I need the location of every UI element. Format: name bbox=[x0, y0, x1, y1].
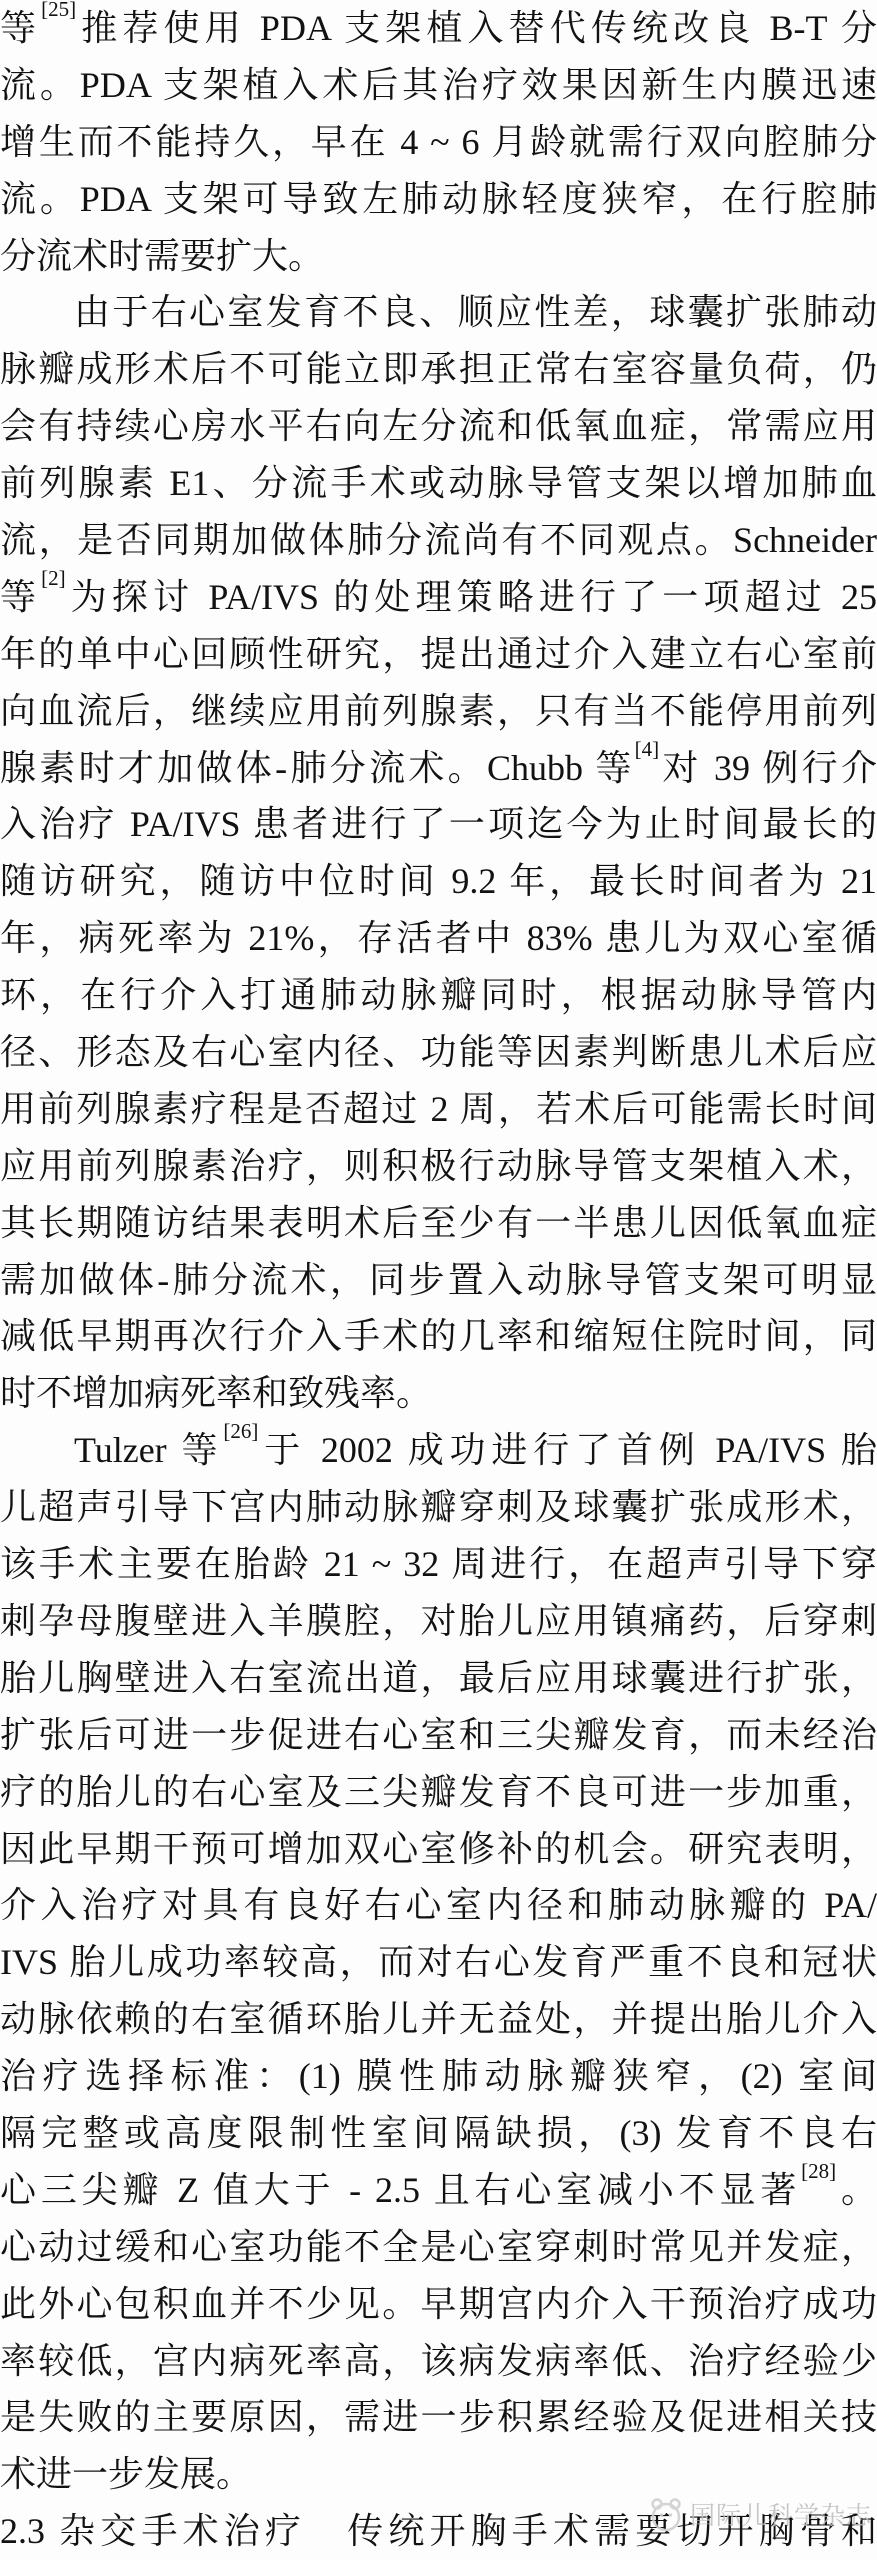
text-line: 等[25]推荐使用 PDA 支架植入替代传统改良 B-T 分 bbox=[0, 0, 877, 57]
reference-superscript: [28] bbox=[801, 2162, 836, 2183]
reference-superscript: [2] bbox=[41, 569, 66, 590]
text-line: 应用前列腺素治疗，则积极行动脉导管支架植入术， bbox=[0, 1138, 877, 1195]
text-line: 术进一步发展。 bbox=[0, 2446, 877, 2503]
text-line: 该手术主要在胎龄 21 ~ 32 周进行，在超声引导下穿 bbox=[0, 1536, 877, 1593]
text-line: 流。PDA 支架植入术后其治疗效果因新生内膜迅速 bbox=[0, 57, 877, 114]
text-line: 用前列腺素疗程是否超过 2 周，若术后可能需长时间 bbox=[0, 1081, 877, 1138]
reference-superscript: [25] bbox=[41, 0, 76, 21]
text-line: 环，在行介入打通肺动脉瓣同时，根据动脉导管内 bbox=[0, 967, 877, 1024]
text-line: 会有持续心房水平右向左分流和低氧血症，常需应用 bbox=[0, 398, 877, 455]
text-line: 年，病死率为 21%，存活者中 83% 患儿为双心室循 bbox=[0, 910, 877, 967]
text-line: 刺孕母腹壁进入羊膜腔，对胎儿应用镇痛药，后穿刺 bbox=[0, 1593, 877, 1650]
text-line: 由于右心室发育不良、顺应性差，球囊扩张肺动 bbox=[0, 284, 877, 341]
text-line: 等[2]为探讨 PA/IVS 的处理策略进行了一项超过 25 bbox=[0, 569, 877, 626]
text-line: 动脉依赖的右室循环胎儿并无益处，并提出胎儿介入 bbox=[0, 1991, 877, 2048]
article-text: 等[25]推荐使用 PDA 支架植入替代传统改良 B-T 分流。PDA 支架植入… bbox=[0, 0, 877, 2560]
text-line: 疗的胎儿的右心室及三尖瓣发育不良可进一步加重， bbox=[0, 1764, 877, 1821]
text-line: 扩张后可进一步促进右心室和三尖瓣发育，而未经治 bbox=[0, 1707, 877, 1764]
text-line: 脉瓣成形术后不可能立即承担正常右室容量负荷，仍 bbox=[0, 341, 877, 398]
reference-superscript: [26] bbox=[223, 1422, 258, 1443]
text-line: 腺素时才加做体-肺分流术。Chubb 等[4]对 39 例行介 bbox=[0, 740, 877, 797]
text-line: 流，是否同期加做体肺分流尚有不同观点。Schneider bbox=[0, 512, 877, 569]
text-line: 因此早期干预可增加双心室修补的机会。研究表明， bbox=[0, 1821, 877, 1878]
text-line: 心三尖瓣 Z 值大于 - 2.5 且右心室减小不显著[28]。 bbox=[0, 2162, 877, 2219]
reference-superscript: [4] bbox=[635, 740, 660, 761]
text-line: 时不增加病死率和致残率。 bbox=[0, 1365, 877, 1422]
text-line: 介入治疗对具有良好右心室内径和肺动脉瓣的 PA/ bbox=[0, 1877, 877, 1934]
text-line: 儿超声引导下宫内肺动脉瓣穿刺及球囊扩张成形术， bbox=[0, 1479, 877, 1536]
text-line: 是失败的主要原因，需进一步积累经验及促进相关技 bbox=[0, 2389, 877, 2446]
text-line: 治疗选择标准：(1) 膜性肺动脉瓣狭窄，(2) 室间 bbox=[0, 2048, 877, 2105]
text-line: 其长期随访结果表明术后至少有一半患儿因低氧血症 bbox=[0, 1195, 877, 1252]
text-line: 隔完整或高度限制性室间隔缺损，(3) 发育不良右 bbox=[0, 2105, 877, 2162]
text-line: 此外心包积血并不少见。早期宫内介入干预治疗成功 bbox=[0, 2276, 877, 2333]
text-line: 径、形态及右心室内径、功能等因素判断患儿术后应 bbox=[0, 1024, 877, 1081]
text-line: 增生而不能持久，早在 4 ~ 6 月龄就需行双向腔肺分 bbox=[0, 114, 877, 171]
text-line: 需加做体-肺分流术，同步置入动脉导管支架可明显 bbox=[0, 1252, 877, 1309]
text-line: 入治疗 PA/IVS 患者进行了一项迄今为止时间最长的 bbox=[0, 796, 877, 853]
text-line: 分流术时需要扩大。 bbox=[0, 228, 877, 285]
text-line: 减低早期再次行介入手术的几率和缩短住院时间，同 bbox=[0, 1308, 877, 1365]
text-line: IVS 胎儿成功率较高，而对右心发育严重不良和冠状 bbox=[0, 1934, 877, 1991]
text-line: 向血流后，继续应用前列腺素，只有当不能停用前列 bbox=[0, 683, 877, 740]
text-line: Tulzer 等[26]于 2002 成功进行了首例 PA/IVS 胎 bbox=[0, 1422, 877, 1479]
text-line: 年的单中心回顾性研究，提出通过介入建立右心室前 bbox=[0, 626, 877, 683]
text-line: 率较低，宫内病死率高，该病发病率低、治疗经验少 bbox=[0, 2333, 877, 2390]
text-line: 流。PDA 支架可导致左肺动脉轻度狭窄，在行腔肺 bbox=[0, 171, 877, 228]
text-line: 胎儿胸壁进入右室流出道，最后应用球囊进行扩张， bbox=[0, 1650, 877, 1707]
text-line: 随访研究，随访中位时间 9.2 年，最长时间者为 21 bbox=[0, 853, 877, 910]
text-line: 前列腺素 E1、分流手术或动脉导管支架以增加肺血 bbox=[0, 455, 877, 512]
article-page: 等[25]推荐使用 PDA 支架植入替代传统改良 B-T 分流。PDA 支架植入… bbox=[0, 0, 877, 2560]
text-line: 2.3 杂交手术治疗 传统开胸手术需要切开胸骨和 bbox=[0, 2503, 877, 2560]
text-line: 心动过缓和心室功能不全是心室穿刺时常见并发症， bbox=[0, 2219, 877, 2276]
